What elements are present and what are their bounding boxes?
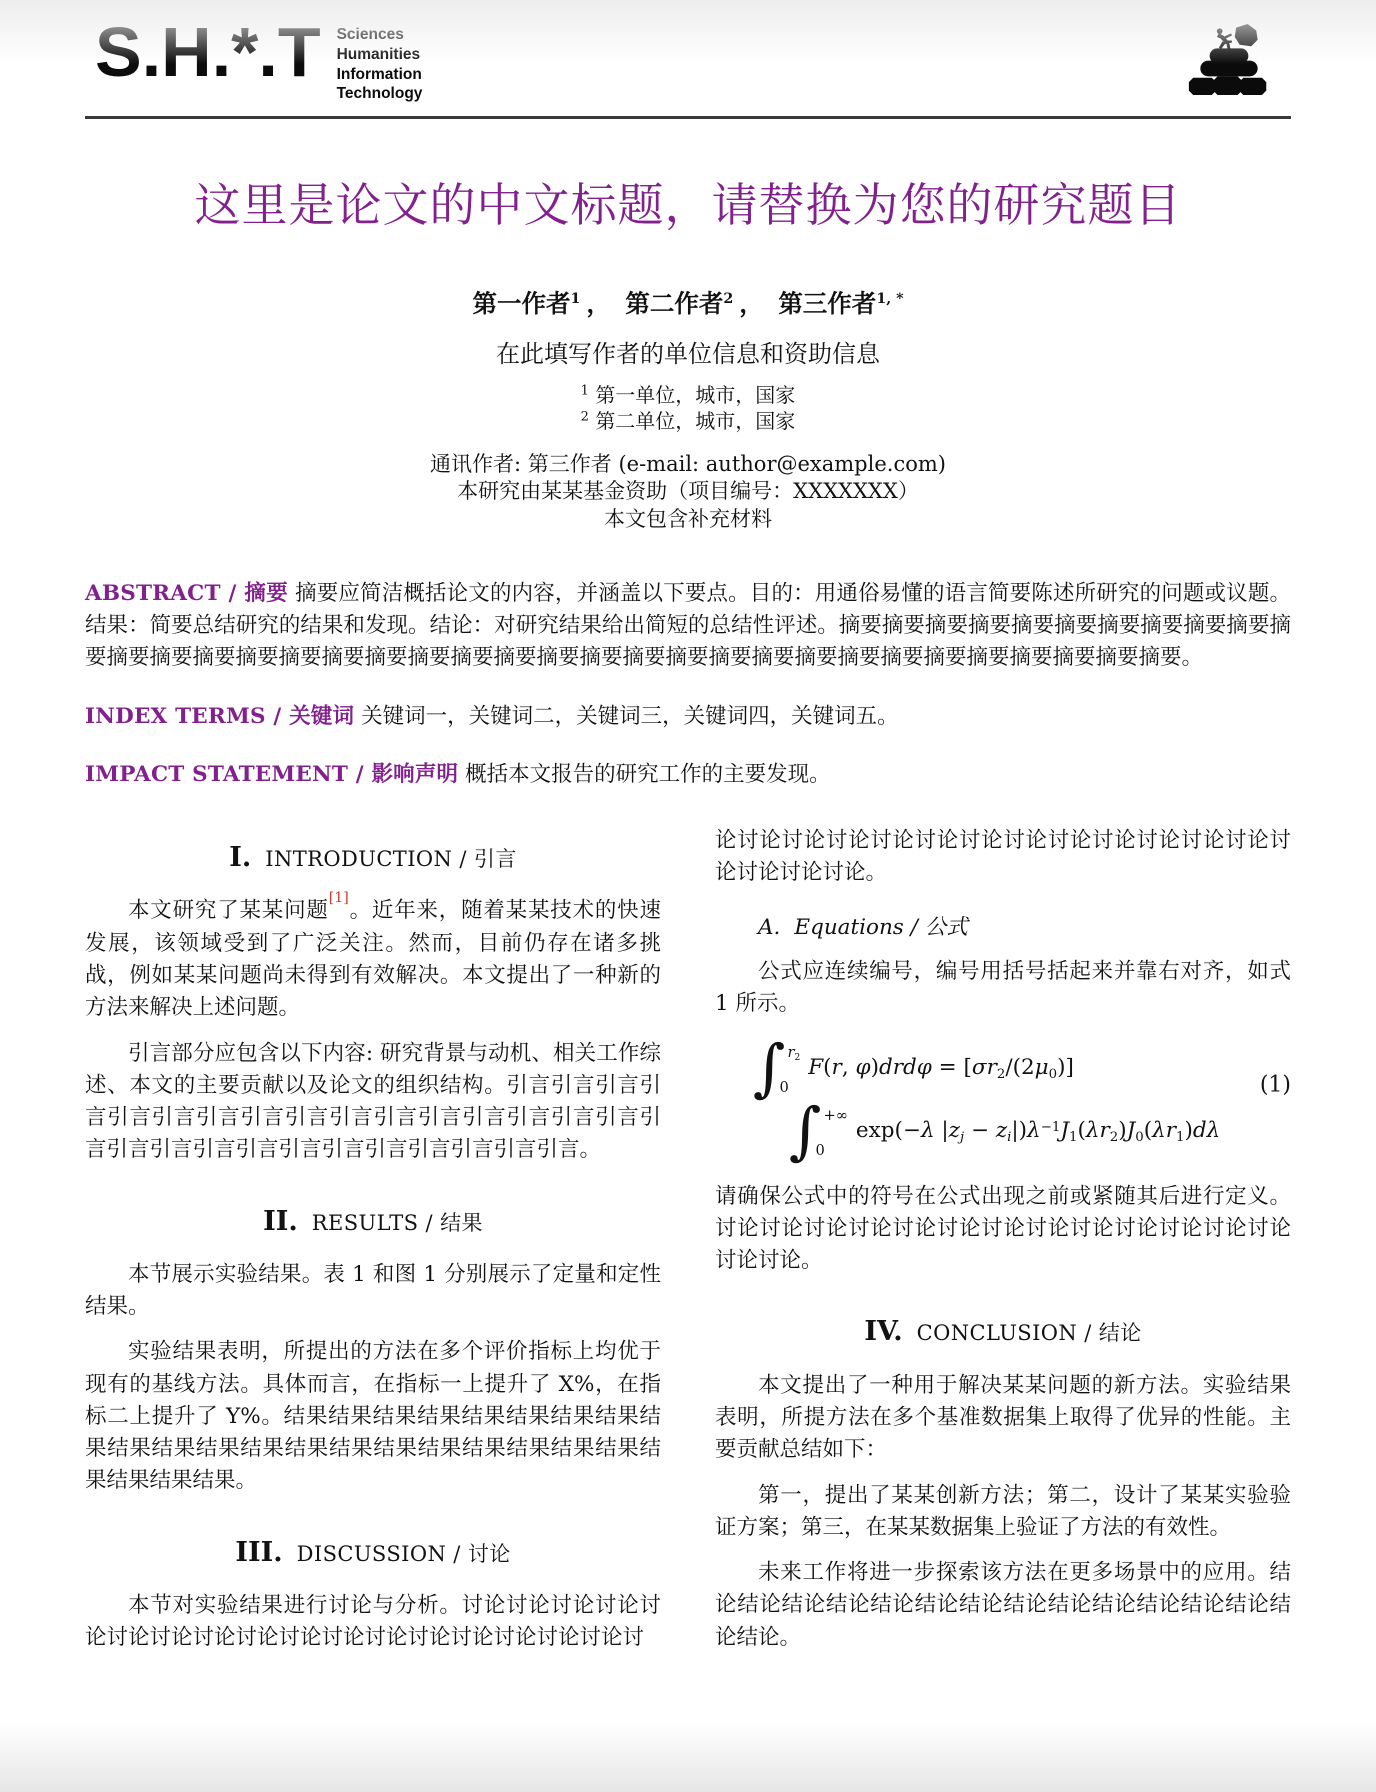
equation-1: ∫r20F(r, φ)drdφ = [σr2/(2μ0)] ∫+∞0exp(−λ… [715,1038,1291,1160]
tagline-line: Sciences [337,25,423,45]
author-separator: ， [733,289,770,318]
journal-logo: S.H.*.T Sciences Humanities Information … [95,20,422,104]
discussion-paragraph: 本节对实验结果进行讨论与分析。讨论讨论讨论讨论讨论讨论讨论讨论讨论讨论讨论讨论讨… [85,1590,661,1655]
section-heading-introduction: I.INTRODUCTION / 引言 [85,831,661,879]
body-columns: I.INTRODUCTION / 引言 本文研究了某某问题[1]。近年来，随着某… [85,825,1291,1668]
author-2-affiliation-mark: 2 [723,291,733,307]
results-paragraph-2: 实验结果表明，所提出的方法在多个评价指标上均优于现有的基线方法。具体而言，在指标… [85,1336,661,1497]
author-1: 第一作者1 [472,289,580,318]
equations-paragraph-2: 请确保公式中的符号在公式出现之前或紧随其后进行定义。讨论讨论讨论讨论讨论讨论讨论… [715,1181,1291,1278]
tagline-line: Humanities [337,45,423,65]
intro-paragraph-1: 本文研究了某某问题[1]。近年来，随着某某技术的快速发展，该领域受到了广泛关注。… [85,895,661,1024]
affiliation-list: 1 第一单位，城市，国家 2 第二单位，城市，国家 [0,382,1376,435]
affiliation-note: 在此填写作者的单位信息和资助信息 [0,334,1376,369]
conclusion-paragraph-2: 第一，提出了某某创新方法；第二，设计了某某实验验证方案；第三，在某某数据集上验证… [715,1480,1291,1545]
integral-symbol: ∫+∞0 [789,1101,844,1160]
front-matter: 这里是论文的中文标题，请替换为您的研究题目 第一作者1， 第二作者2， 第三作者… [0,177,1376,533]
index-terms-section: INDEX TERMS / 关键词 关键词一，关键词二，关键词三，关键词四，关键… [85,701,1291,733]
page-bottom-fade [0,1722,1376,1792]
discussion-paragraph-continuation: 论讨论讨论讨论讨论讨论讨论讨论讨论讨论讨论讨论讨论讨论讨论讨论讨论。 [715,825,1291,890]
integral-symbol: ∫r20 [753,1038,796,1097]
affiliation-1: 1 第一单位，城市，国家 [0,382,1376,408]
abstract-label: ABSTRACT / 摘要 [85,581,288,606]
author-2: 第二作者2 [625,289,733,318]
paper-title: 这里是论文的中文标题，请替换为您的研究题目 [60,177,1316,235]
journal-tagline: Sciences Humanities Information Technolo… [337,20,423,104]
author-3-affiliation-mark: 1, * [876,291,903,307]
journal-header: S.H.*.T Sciences Humanities Information … [0,0,1376,104]
affiliation-2: 2 第二单位，城市，国家 [0,408,1376,434]
author-line: 第一作者1， 第二作者2， 第三作者1, * [0,285,1376,320]
equation-number: (1) [1260,1068,1291,1101]
citation-link-1[interactable]: [1] [329,890,349,906]
results-paragraph-1: 本节展示实验结果。表 1 和图 1 分别展示了定量和定性结果。 [85,1259,661,1324]
journal-logo-text: S.H.*.T [95,20,321,84]
corresponding-author-line: 通讯作者: 第三作者 (e-mail: author@example.com) [0,451,1376,479]
impact-statement-label: IMPACT STATEMENT / 影响声明 [85,762,458,787]
intro-paragraph-2: 引言部分应包含以下内容: 研究背景与动机、相关工作综述、本文的主要贡献以及论文的… [85,1038,661,1167]
section-heading-conclusion: IV.CONCLUSION / 结论 [715,1305,1291,1353]
author-separator: ， [580,289,617,318]
abstract-section: ABSTRACT / 摘要 摘要应简洁概括论文的内容，并涵盖以下要点。目的：用通… [85,578,1291,675]
author-1-affiliation-mark: 1 [570,291,580,307]
tagline-line: Information [337,65,423,85]
tagline-line: Technology [337,84,423,104]
index-terms-label: INDEX TERMS / 关键词 [85,704,354,729]
sisyphus-rock-pile-icon [1186,20,1272,104]
supplement-line: 本文包含补充材料 [0,506,1376,534]
equation-line-1: ∫r20F(r, φ)drdφ = [σr2/(2μ0)] [753,1038,1245,1097]
section-heading-discussion: III.DISCUSSION / 讨论 [85,1526,661,1574]
funding-line: 本研究由某某基金资助（项目编号：XXXXXXX） [0,478,1376,506]
author-3: 第三作者1, * [778,289,903,318]
impact-statement-text: 概括本文报告的研究工作的主要发现。 [465,762,831,787]
section-heading-results: II.RESULTS / 结果 [85,1195,661,1243]
subsection-heading-equations: A.Equations / 公式 [715,912,1291,944]
conclusion-paragraph-3: 未来工作将进一步探索该方法在更多场景中的应用。结论结论结论结论结论结论结论结论结… [715,1557,1291,1654]
contact-block: 通讯作者: 第三作者 (e-mail: author@example.com) … [0,451,1376,534]
header-divider [85,116,1291,119]
right-column: 论讨论讨论讨论讨论讨论讨论讨论讨论讨论讨论讨论讨论讨论讨论讨论讨论。 A.Equ… [715,825,1291,1668]
equations-paragraph-1: 公式应连续编号，编号用括号括起来并靠右对齐，如式 1 所示。 [715,956,1291,1021]
conclusion-paragraph-1: 本文提出了一种用于解决某某问题的新方法。实验结果表明，所提方法在多个基准数据集上… [715,1370,1291,1467]
left-column: I.INTRODUCTION / 引言 本文研究了某某问题[1]。近年来，随着某… [85,825,661,1668]
index-terms-text: 关键词一，关键词二，关键词三，关键词四，关键词五。 [361,704,899,729]
impact-statement-section: IMPACT STATEMENT / 影响声明 概括本文报告的研究工作的主要发现… [85,759,1291,791]
equation-line-2: ∫+∞0exp(−λ |zj − zi|)λ−1J1(λr2)J0(λr1)dλ [789,1101,1245,1160]
